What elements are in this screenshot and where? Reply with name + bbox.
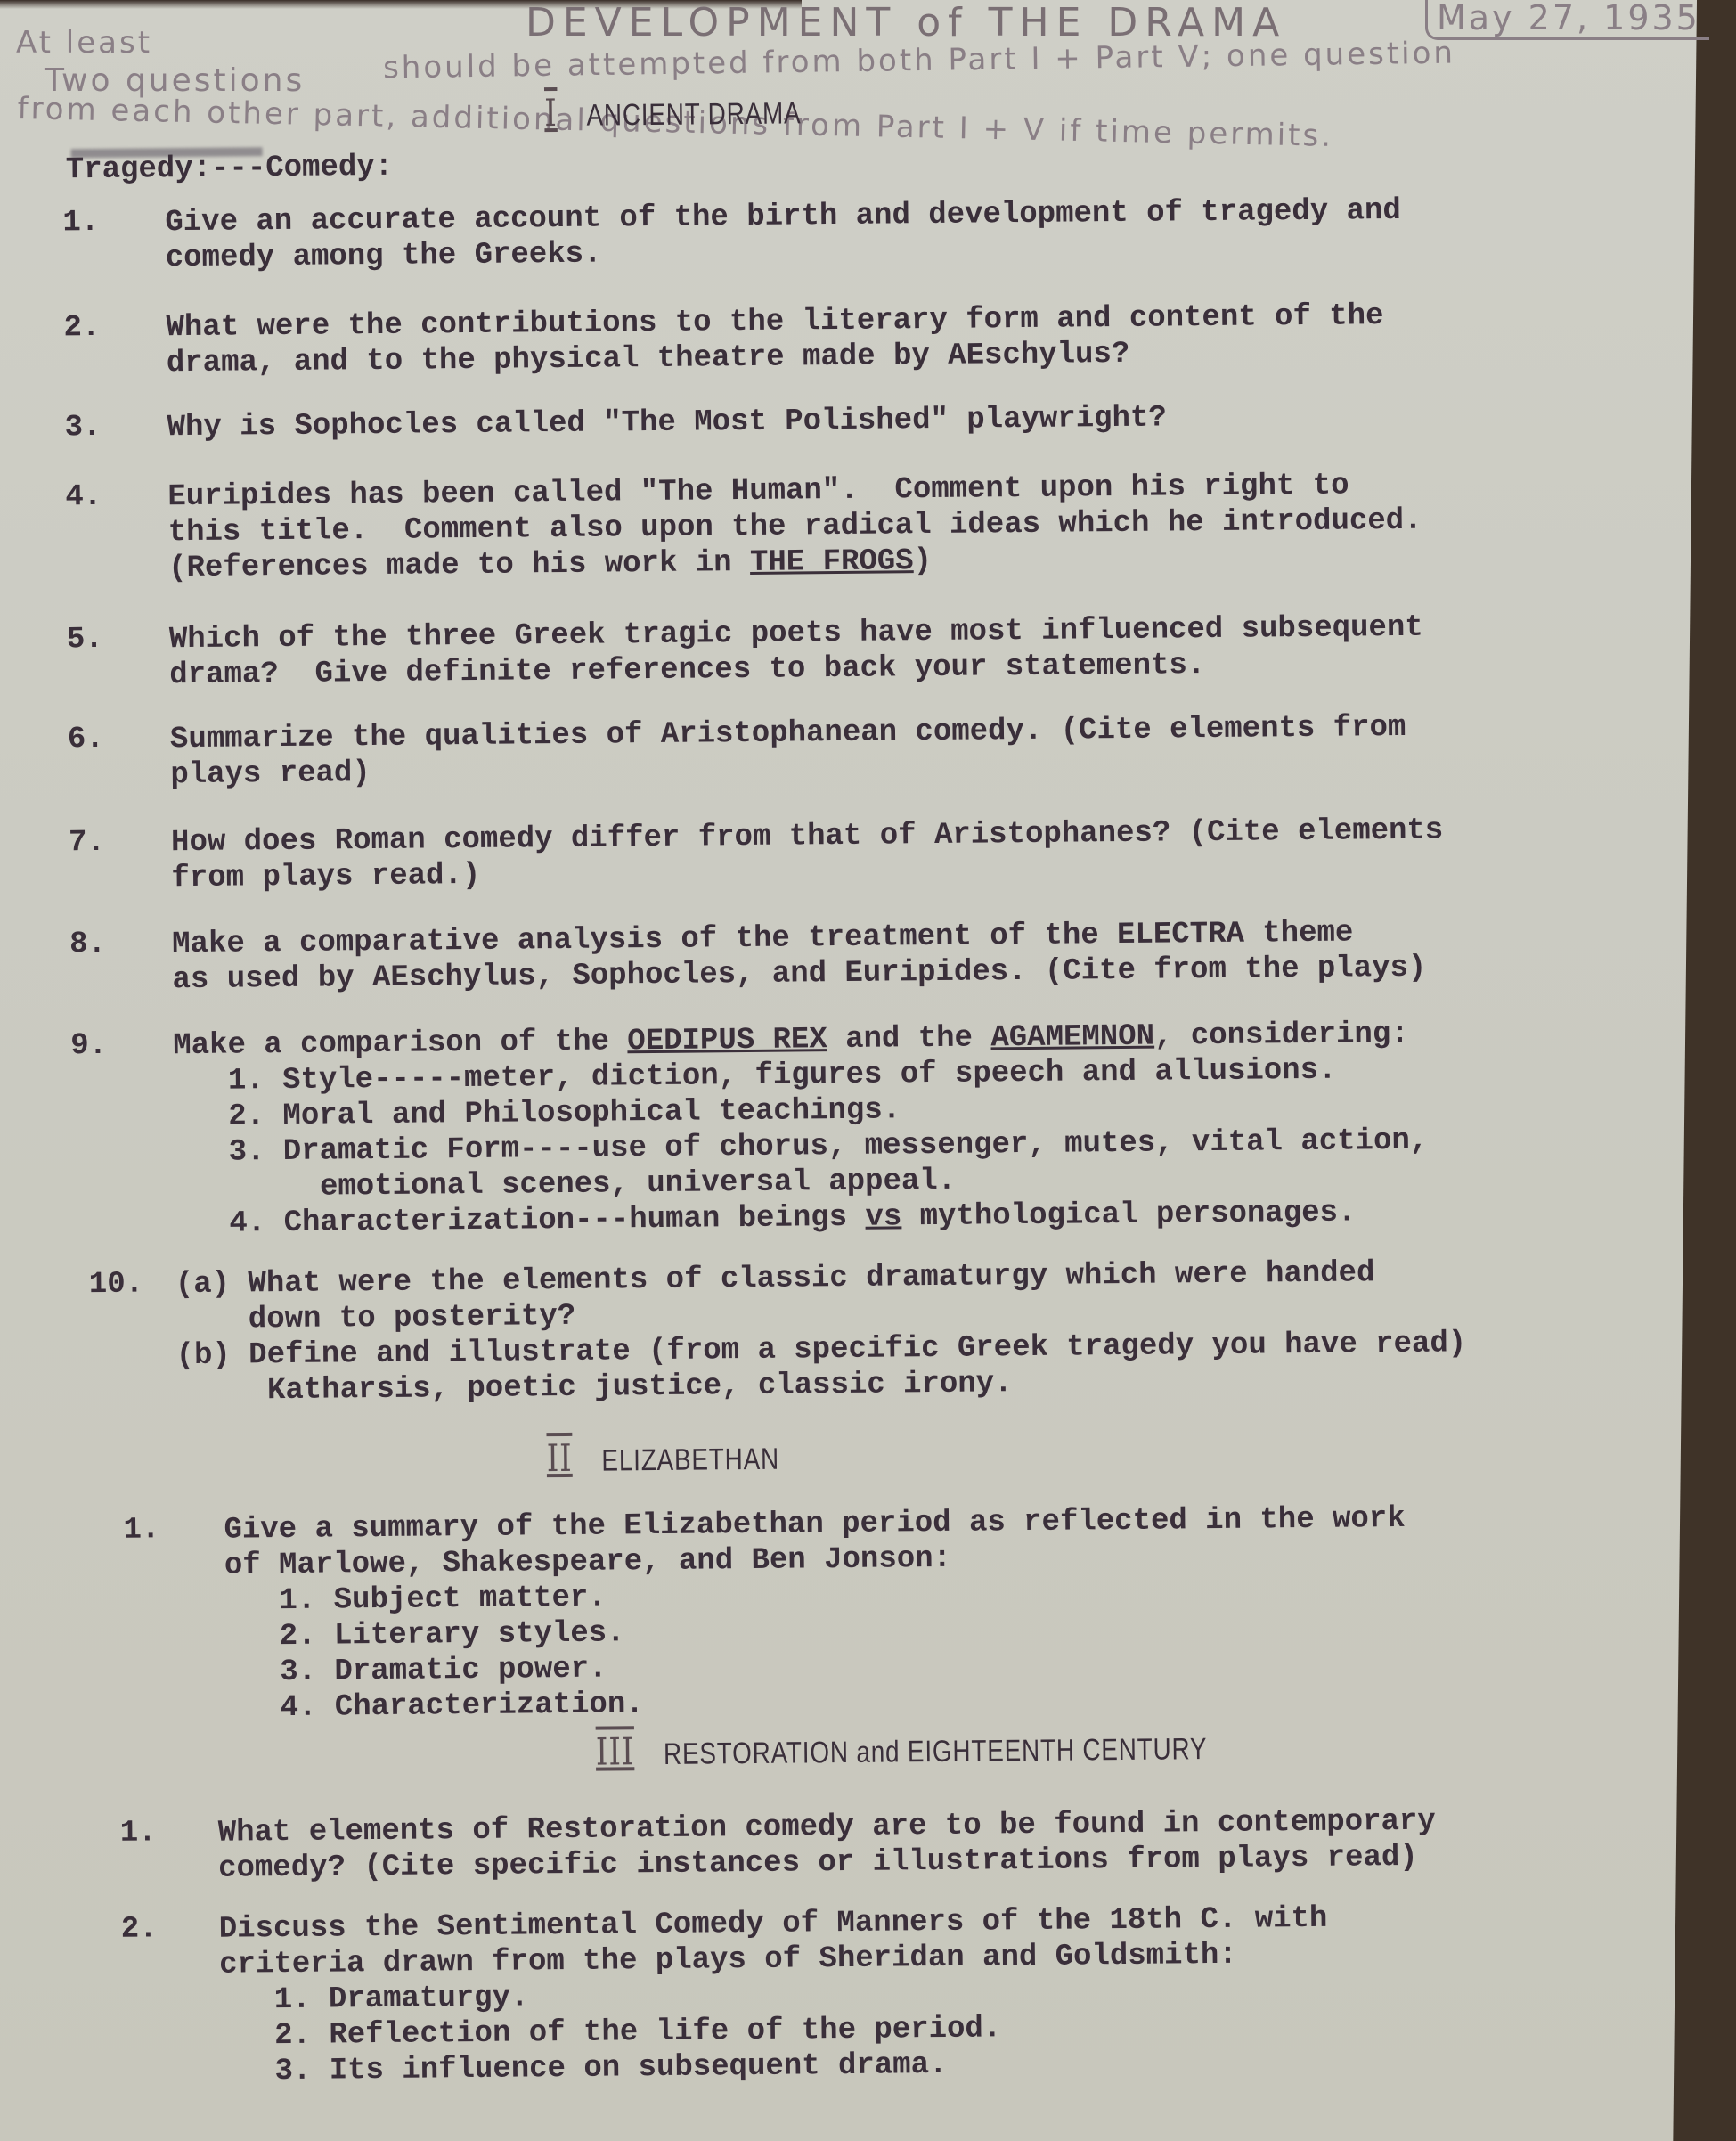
question-text: What were the contributions to the liter… [166,298,1384,381]
roman-numeral: III [596,1729,635,1773]
question-text: Give a summary of the Elizabethan period… [224,1501,1406,1727]
question-text: Summarize the qualities of Aristophanean… [170,710,1406,793]
question-number: 6. [68,723,104,756]
question-text: Euripides has been called "The Human". C… [167,468,1422,587]
question-text: Which of the three Greek tragic poets ha… [169,610,1424,694]
section-title: ANCIENT DRAMA [586,96,801,132]
question-text: Make a comparison of the OEDIPUS REX and… [173,1017,1429,1243]
question-text: (a) What were the elements of classic dr… [175,1254,1467,1410]
section-title: RESTORATION and EIGHTEENTH CENTURY [664,1732,1208,1771]
question-number: 8. [69,927,106,961]
question-number: 9. [70,1029,107,1063]
question-text: Give an accurate account of the birth an… [165,193,1401,276]
question-number: 7. [69,826,105,860]
section-title: ELIZABETHAN [601,1442,779,1478]
question-number: 2. [121,1912,158,1946]
question-text: What elements of Restoration comedy are … [218,1804,1437,1887]
question-text: How does Roman comedy differ from that o… [171,813,1444,896]
roman-numeral: I [544,91,558,135]
section-heading-elizabethan: IIELIZABETHAN [547,1434,780,1481]
question-number: 10. [89,1268,144,1303]
question-number: 2. [63,311,100,345]
roman-numeral: II [547,1436,573,1480]
question-number: 1. [123,1513,159,1547]
question-text: Make a comparative analysis of the treat… [172,915,1427,999]
section-heading-ancient: IANCIENT DRAMA [544,88,802,135]
section-subtitle: Tragedy:---Comedy: [66,150,394,189]
question-number: 5. [67,623,103,657]
question-number: 1. [62,206,99,240]
question-number: 4. [65,480,102,514]
handwritten-at-least: At least [16,25,152,61]
section-heading-restoration: IIIRESTORATION and EIGHTEENTH CENTURY [596,1724,1208,1774]
handwritten-date: May 27, 1935 [1425,0,1709,40]
question-text: Discuss the Sentimental Comedy of Manner… [219,1901,1329,2090]
question-number: 3. [64,411,101,445]
question-number: 1. [120,1816,157,1850]
